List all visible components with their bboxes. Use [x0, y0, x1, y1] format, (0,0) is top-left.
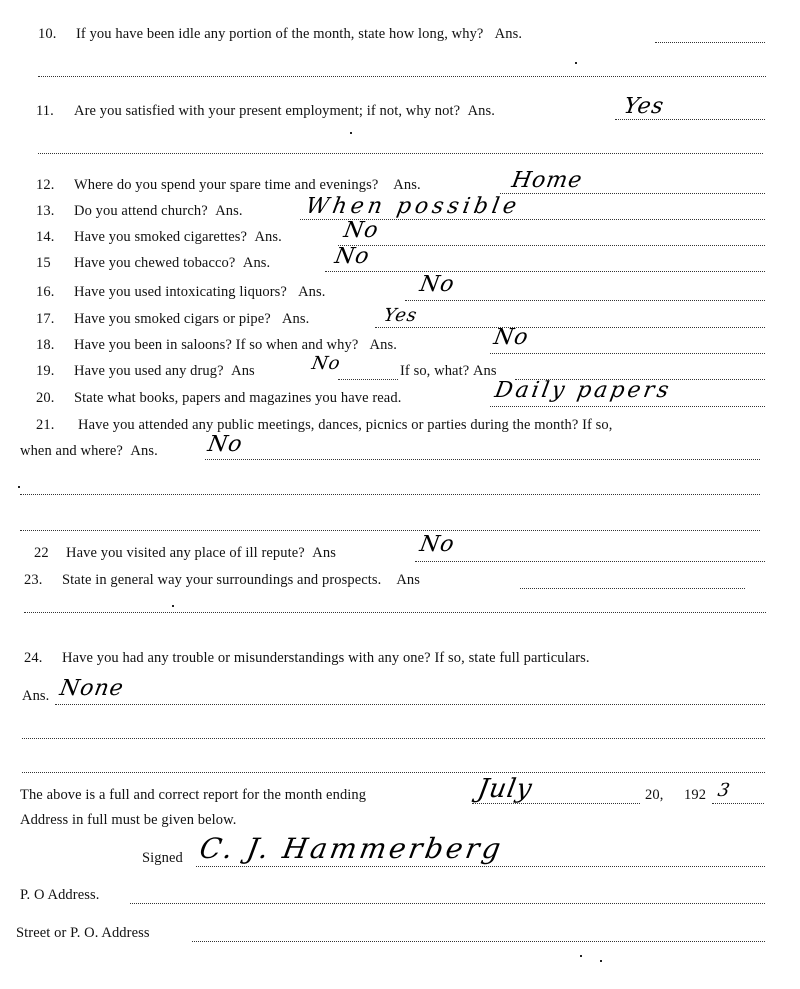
- question-21-continued: when and where? Ans.: [20, 443, 158, 460]
- question-text: Have you been in saloons? If so when and…: [74, 337, 358, 353]
- answer-line[interactable]: [338, 379, 398, 380]
- question-text: If you have been idle any portion of the…: [76, 26, 483, 42]
- question-text: Do you attend church?: [74, 203, 208, 219]
- answer-handwritten[interactable]: Daily papers: [493, 378, 674, 403]
- question-text: If so, what?: [400, 363, 469, 379]
- answer-handwritten[interactable]: None: [58, 676, 126, 701]
- answer-handwritten[interactable]: Home: [510, 168, 585, 193]
- answer-line[interactable]: [405, 300, 765, 301]
- question-19-followup: If so, what? Ans: [400, 363, 497, 380]
- answer-handwritten[interactable]: Yes: [382, 305, 419, 326]
- signature-handwritten[interactable]: C. J. Hammerberg: [197, 832, 506, 865]
- question-number: 22: [34, 545, 66, 562]
- ans-label: Ans.: [468, 103, 495, 119]
- question-text: Have you had any trouble or misunderstan…: [62, 650, 590, 666]
- question-13: 13.Do you attend church? Ans.: [36, 203, 243, 220]
- question-text: Have you used intoxicating liquors?: [74, 284, 287, 300]
- question-text: Have you attended any public meetings, d…: [78, 417, 612, 433]
- scan-speck: [575, 62, 577, 64]
- question-number: 23.: [24, 572, 62, 589]
- question-18: 18.Have you been in saloons? If so when …: [36, 337, 397, 354]
- question-11: 11.Are you satisfied with your present e…: [36, 103, 495, 120]
- answer-handwritten[interactable]: No: [418, 532, 457, 557]
- report-year-prefix: 192: [684, 787, 706, 804]
- scan-speck: [172, 605, 174, 607]
- address-note: Address in full must be given below.: [20, 812, 237, 829]
- question-24: 24.Have you had any trouble or misunders…: [24, 650, 590, 667]
- answer-line[interactable]: [615, 119, 765, 120]
- ans-label: Ans.: [370, 337, 397, 353]
- answer-line[interactable]: [415, 561, 765, 562]
- question-text: Are you satisfied with your present empl…: [74, 103, 460, 119]
- question-text: State in general way your surroundings a…: [62, 572, 381, 588]
- answer-handwritten[interactable]: No: [492, 325, 531, 350]
- question-number: 18.: [36, 337, 74, 354]
- ans-label: Ans.: [22, 688, 49, 704]
- ans-label: Ans.: [282, 311, 309, 327]
- signature-line[interactable]: [196, 866, 765, 867]
- question-text: when and where?: [20, 443, 123, 459]
- question-text: Have you chewed tobacco?: [74, 255, 235, 271]
- po-address-label: P. O Address.: [20, 887, 99, 904]
- answer-line[interactable]: [490, 406, 765, 407]
- year-handwritten[interactable]: 3: [716, 780, 732, 801]
- scan-speck: [600, 960, 602, 962]
- question-number: 14.: [36, 229, 74, 246]
- ans-label: Ans.: [243, 255, 270, 271]
- question-number: 15: [36, 255, 74, 272]
- ans-label: Ans.: [298, 284, 325, 300]
- question-number: 21.: [36, 417, 78, 434]
- signed-label: Signed: [142, 850, 183, 867]
- answer-line[interactable]: [338, 245, 765, 246]
- answer-line[interactable]: [655, 42, 765, 43]
- question-10: 10.If you have been idle any portion of …: [38, 26, 522, 43]
- question-text: Have you smoked cigars or pipe?: [74, 311, 271, 327]
- question-number: 17.: [36, 311, 74, 328]
- question-12: 12.Where do you spend your spare time an…: [36, 177, 421, 194]
- question-text: Where do you spend your spare time and e…: [74, 177, 378, 193]
- year-line[interactable]: [712, 803, 764, 804]
- answer-line[interactable]: [205, 459, 760, 460]
- answer-line[interactable]: [55, 704, 765, 705]
- question-number: 16.: [36, 284, 74, 301]
- ans-label: Ans.: [130, 443, 157, 459]
- question-17: 17.Have you smoked cigars or pipe? Ans.: [36, 311, 309, 328]
- question-number: 24.: [24, 650, 62, 667]
- question-text: Have you smoked cigarettes?: [74, 229, 247, 245]
- ans-label: Ans: [231, 363, 255, 379]
- po-address-line[interactable]: [130, 903, 765, 904]
- question-14: 14.Have you smoked cigarettes? Ans.: [36, 229, 282, 246]
- answer-line[interactable]: [20, 530, 760, 531]
- question-text: Have you visited any place of ill repute…: [66, 545, 305, 561]
- answer-line[interactable]: [38, 153, 763, 154]
- scan-speck: [580, 955, 582, 957]
- answer-handwritten[interactable]: No: [418, 272, 457, 297]
- question-22: 22Have you visited any place of ill repu…: [34, 545, 336, 562]
- answer-handwritten[interactable]: No: [333, 244, 372, 269]
- question-number: 10.: [38, 26, 76, 43]
- ans-label: Ans: [396, 572, 420, 588]
- scan-speck: [350, 132, 352, 134]
- question-23: 23.State in general way your surrounding…: [24, 572, 420, 589]
- answer-line[interactable]: [20, 494, 760, 495]
- ans-label: Ans.: [254, 229, 281, 245]
- question-number: 20.: [36, 390, 74, 407]
- street-address-line[interactable]: [192, 941, 765, 942]
- ans-label: Ans.: [393, 177, 420, 193]
- certification-text: The above is a full and correct report f…: [20, 787, 366, 803]
- question-number: 13.: [36, 203, 74, 220]
- answer-line[interactable]: [24, 612, 766, 613]
- answer-handwritten[interactable]: No: [206, 432, 245, 457]
- answer-line[interactable]: [325, 271, 765, 272]
- question-20: 20.State what books, papers and magazine…: [36, 390, 401, 407]
- answer-handwritten[interactable]: Yes: [622, 94, 666, 119]
- answer-line[interactable]: [375, 327, 765, 328]
- question-number: 12.: [36, 177, 74, 194]
- question-15: 15Have you chewed tobacco? Ans.: [36, 255, 270, 272]
- question-19: 19.Have you used any drug? Ans: [36, 363, 255, 380]
- answer-line[interactable]: [490, 353, 765, 354]
- answer-line[interactable]: [38, 76, 766, 77]
- ans-label: Ans.: [215, 203, 242, 219]
- question-text: Have you used any drug?: [74, 363, 224, 379]
- answer-handwritten[interactable]: When possible: [304, 194, 522, 219]
- answer-line[interactable]: [500, 193, 765, 194]
- answer-line[interactable]: [22, 772, 765, 773]
- certification-statement: The above is a full and correct report f…: [20, 787, 366, 804]
- ans-label: Ans: [473, 363, 497, 379]
- answer-handwritten[interactable]: No: [342, 218, 381, 243]
- month-handwritten[interactable]: July: [475, 774, 534, 804]
- question-text: State what books, papers and magazines y…: [74, 390, 401, 406]
- question-number: 11.: [36, 103, 74, 120]
- question-21: 21.Have you attended any public meetings…: [36, 417, 612, 434]
- answer-line[interactable]: [520, 588, 745, 589]
- scan-speck: [18, 486, 20, 488]
- report-day: 20,: [645, 787, 663, 804]
- question-number: 19.: [36, 363, 74, 380]
- answer-line[interactable]: [22, 738, 765, 739]
- street-address-label: Street or P. O. Address: [16, 925, 150, 942]
- ans-label: Ans: [312, 545, 336, 561]
- question-16: 16.Have you used intoxicating liquors? A…: [36, 284, 325, 301]
- ans-label: Ans.: [495, 26, 522, 42]
- question-24-answer-row: Ans.: [22, 688, 49, 705]
- answer-handwritten[interactable]: No: [310, 353, 342, 374]
